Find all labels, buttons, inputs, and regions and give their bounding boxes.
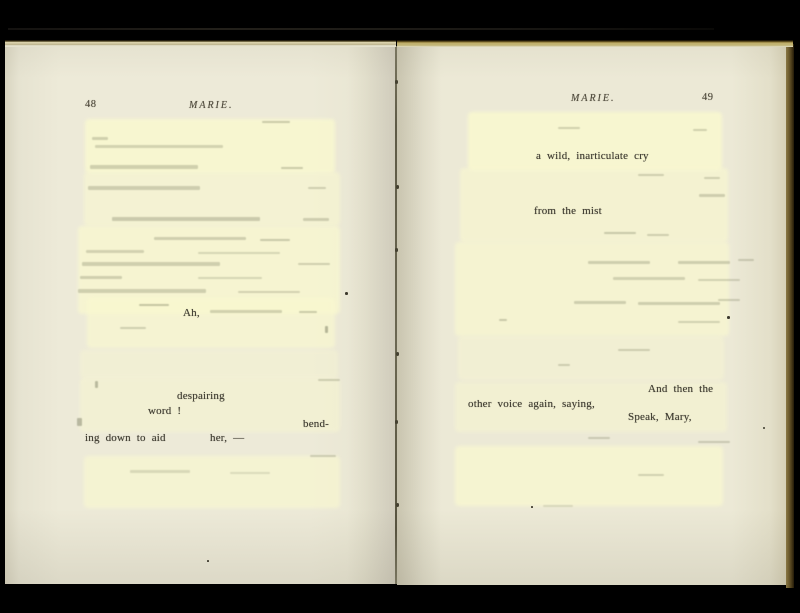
ghost-text-trace [130, 470, 190, 473]
ghost-text-trace [638, 302, 720, 305]
poem-fragment: a wild, inarticulate cry [536, 151, 649, 162]
ghost-text-trace [198, 252, 280, 254]
ghost-text-trace [618, 349, 650, 351]
stitch-dot [396, 352, 399, 356]
page-number-right: 49 [702, 92, 714, 103]
ghost-text-trace [92, 137, 108, 140]
paint-wash [87, 298, 335, 348]
ghost-text-trace [77, 418, 82, 426]
paint-wash [80, 350, 338, 378]
ghost-text-trace [238, 291, 300, 293]
ghost-text-trace [90, 165, 198, 169]
page-stack-top-edge-right [397, 40, 793, 47]
ghost-text-trace [588, 261, 650, 264]
page-speck [531, 506, 533, 508]
ghost-text-trace [78, 289, 206, 293]
ghost-text-trace [88, 186, 200, 190]
ghost-text-trace [299, 311, 317, 313]
stitch-dot [395, 80, 398, 84]
ghost-text-trace [308, 187, 326, 189]
ghost-text-trace [613, 277, 685, 280]
ghost-text-trace [499, 319, 507, 321]
poem-fragment: from the mist [534, 206, 602, 217]
ghost-text-trace [112, 217, 260, 221]
ghost-text-trace [558, 127, 580, 129]
ghost-text-trace [210, 310, 282, 313]
ghost-text-trace [318, 379, 340, 381]
ghost-text-trace [738, 259, 754, 261]
gutter-shadow [397, 46, 441, 585]
ghost-text-trace [262, 121, 290, 123]
poem-fragment: her, — [210, 433, 244, 444]
poem-fragment: other voice again, saying, [468, 399, 595, 410]
ghost-text-trace [310, 455, 336, 457]
page-speck [763, 427, 765, 429]
ghost-text-trace [647, 234, 669, 236]
stitch-dot [395, 420, 398, 424]
ghost-text-trace [325, 326, 328, 333]
ghost-text-trace [281, 167, 303, 169]
ghost-text-trace [693, 129, 707, 131]
ghost-text-trace [718, 299, 740, 301]
ghost-text-trace [82, 262, 220, 266]
ghost-text-trace [543, 505, 573, 507]
open-book-photograph: 48 MARIE. MARIE. 49 Ah,despairingword !b… [0, 0, 800, 613]
ghost-text-trace [95, 381, 98, 388]
paint-wash [84, 456, 340, 508]
page-speck [207, 560, 209, 562]
running-header-right: MARIE. [571, 93, 616, 104]
ghost-text-trace [698, 441, 730, 443]
ghost-text-trace [303, 218, 329, 221]
ghost-text-trace [678, 321, 720, 323]
ghost-text-trace [80, 276, 122, 279]
gutter-shadow [347, 46, 395, 584]
page-speck [727, 316, 730, 319]
poem-fragment: Speak, Mary, [628, 412, 692, 423]
ghost-text-trace [699, 194, 725, 197]
poem-fragment: bend- [303, 419, 329, 430]
poem-fragment: Ah, [183, 308, 200, 319]
ghost-text-trace [704, 177, 720, 179]
paint-wash [455, 446, 723, 506]
ghost-text-trace [588, 437, 610, 439]
stitch-dot [396, 503, 399, 507]
poem-fragment: ing down to aid [85, 433, 166, 444]
book-cover-top-glint [8, 28, 714, 30]
ghost-text-trace [260, 239, 290, 241]
ghost-text-trace [298, 263, 330, 265]
book-cover-fore-edge [786, 44, 794, 588]
ghost-text-trace [230, 472, 270, 474]
stitch-dot [396, 185, 399, 189]
ghost-text-trace [638, 474, 664, 476]
ghost-text-trace [154, 237, 246, 240]
ghost-text-trace [139, 304, 169, 306]
page-number-left: 48 [85, 99, 97, 110]
ghost-text-trace [678, 261, 730, 264]
ghost-text-trace [604, 232, 636, 234]
paint-wash [80, 378, 340, 432]
page-stack-top-edge-left [5, 40, 396, 47]
ghost-text-trace [95, 145, 223, 148]
ghost-text-trace [558, 364, 570, 366]
paint-wash [458, 336, 724, 380]
page-speck [345, 292, 348, 295]
poem-fragment: despairing [177, 391, 225, 402]
ghost-text-trace [86, 250, 144, 253]
ghost-text-trace [198, 277, 262, 279]
poem-fragment: And then the [648, 384, 713, 395]
ghost-text-trace [698, 279, 740, 281]
ghost-text-trace [120, 327, 146, 329]
poem-fragment: word ! [148, 406, 181, 417]
ghost-text-trace [638, 174, 664, 176]
running-header-left: MARIE. [189, 100, 234, 111]
stitch-dot [395, 248, 398, 252]
ghost-text-trace [574, 301, 626, 304]
